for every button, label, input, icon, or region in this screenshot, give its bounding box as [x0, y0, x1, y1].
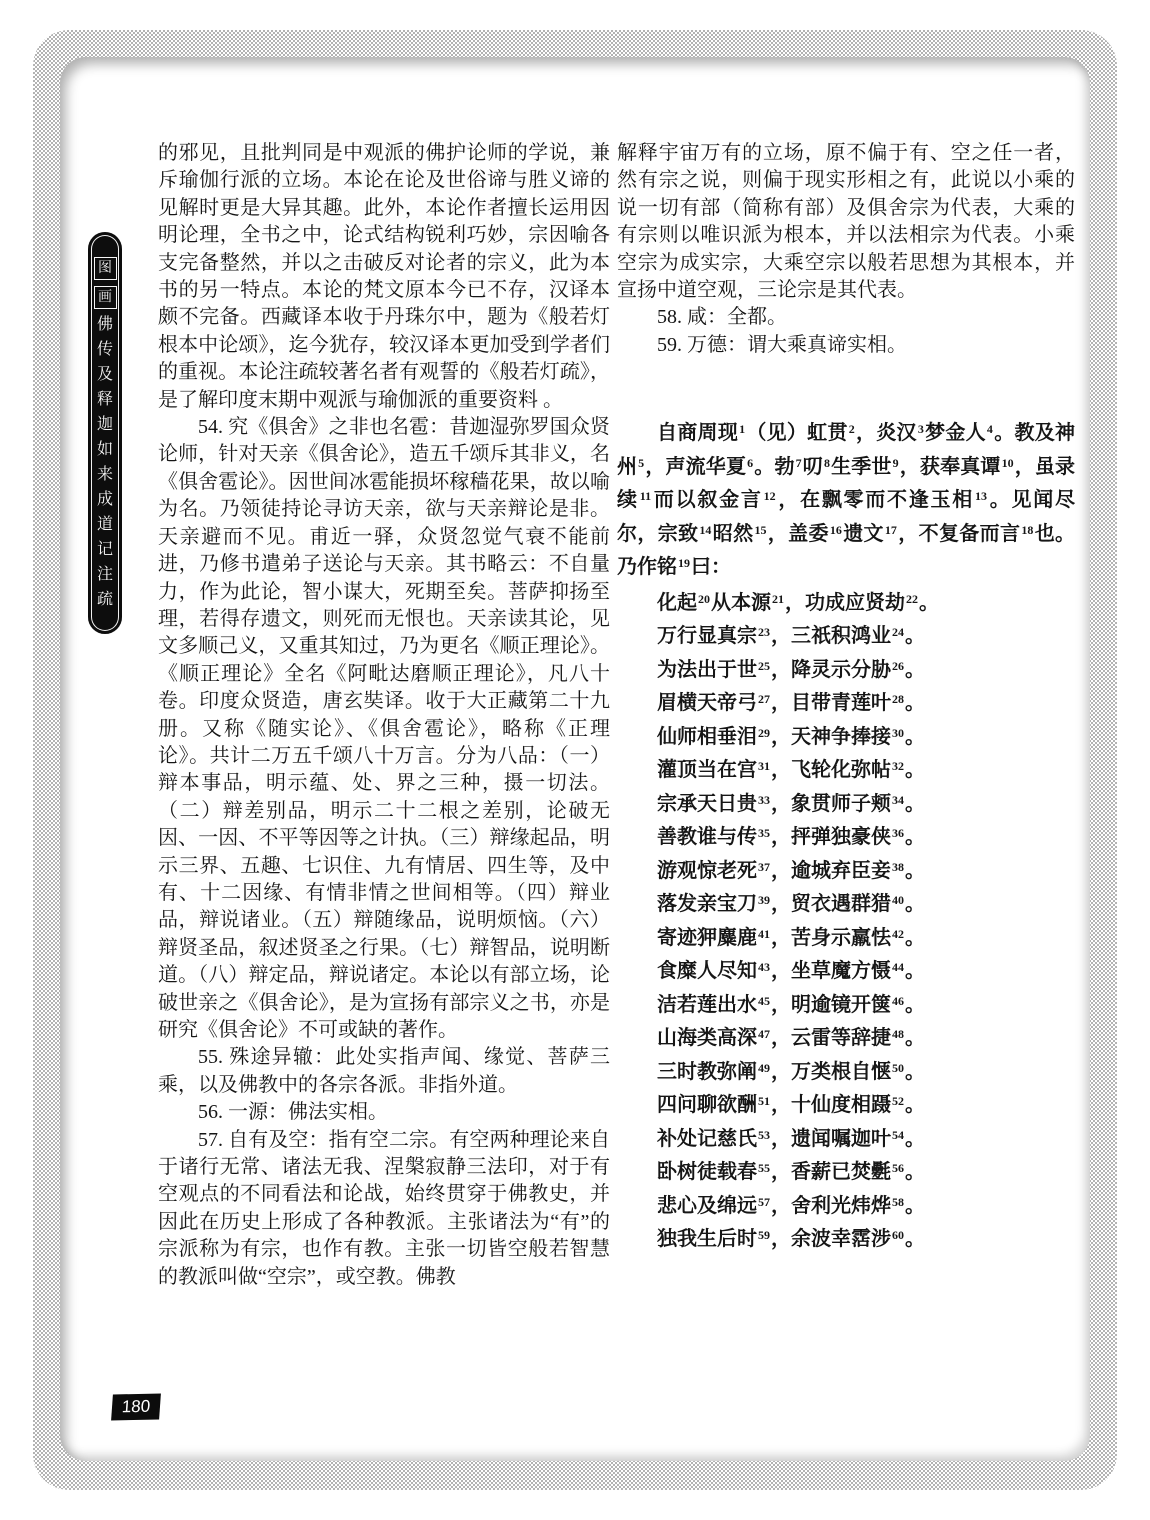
footnote-reference: 49	[757, 1061, 771, 1075]
verse-line: 眉横天帝弓27，目带青莲叶28。	[617, 687, 1075, 721]
footnote-reference: 17	[884, 523, 898, 537]
footnote-reference: 30	[891, 726, 905, 740]
paragraph: 自商周现1（见）虹贯2，炎汉3梦金人4。教及神州5，声流华夏6。勃7叨8生季世9…	[617, 417, 1075, 585]
footnote-reference: 36	[891, 826, 905, 840]
verse-line: 为法出于世25，降灵示分胁26。	[617, 654, 1075, 688]
spine-character: 疏	[97, 587, 113, 612]
footnote-reference: 20	[697, 592, 711, 606]
verse-line: 独我生后时59，余波幸霑涉60。	[617, 1223, 1075, 1257]
footnote-reference: 37	[757, 860, 771, 874]
verse-line: 寄迹狎麋鹿41，苦身示羸怯42。	[617, 922, 1075, 956]
page-surface: 图画佛传及释迦如来成道记注疏 的邪见，且批判同是中观派的佛护论师的学说，兼斥瑜伽…	[60, 57, 1090, 1461]
verse-line: 仙师相垂泪29，天神争捧接30。	[617, 721, 1075, 755]
verse-line: 卧树徒载春55，香薪已焚氎56。	[617, 1156, 1075, 1190]
footnote-reference: 56	[891, 1161, 905, 1175]
spine-character: 注	[97, 562, 113, 587]
footnote-reference: 15	[753, 523, 767, 537]
footnote-reference: 40	[891, 893, 905, 907]
footnote-reference: 3	[917, 422, 925, 436]
footnote-reference: 54	[891, 1128, 905, 1142]
page-number: 180	[121, 1397, 151, 1418]
verse-line: 山海类高深47，云雷等辞捷48。	[617, 1022, 1075, 1056]
spine-character: 来	[97, 462, 113, 487]
footnote-reference: 28	[891, 692, 905, 706]
verse-block: 化起20从本源21，功成应贤劫22。万行显真宗23，三祇积鸿业24。为法出于世2…	[617, 587, 1075, 1257]
verse-line: 游观惊老死37，逾城弃臣妾38。	[617, 855, 1075, 889]
footnote-reference: 58	[891, 1195, 905, 1209]
spine-character: 及	[97, 362, 113, 387]
footnote-reference: 32	[891, 759, 905, 773]
footnote-reference: 57	[757, 1195, 771, 1209]
footnote-reference: 18	[1020, 523, 1034, 537]
footnote-reference: 7	[795, 456, 803, 470]
spine-boxed-character: 画	[94, 286, 117, 309]
footnote-reference: 50	[891, 1061, 905, 1075]
spine-character: 传	[97, 337, 113, 362]
footnote-reference: 31	[757, 759, 771, 773]
spine-character: 如	[97, 437, 113, 462]
footnote-reference: 35	[757, 826, 771, 840]
footnote-reference: 19	[677, 556, 691, 570]
spine-character: 画	[98, 291, 112, 305]
paragraph: 的邪见，且批判同是中观派的佛护论师的学说，兼斥瑜伽行派的立场。本论在论及世俗谛与…	[158, 140, 610, 414]
footnote-reference: 34	[891, 793, 905, 807]
paragraph: 54. 究《俱舍》之非也名雹：昔迦湿弥罗国众贤论师，针对天亲《俱舍论》，造五千颂…	[158, 414, 610, 1044]
spine-character: 迦	[97, 412, 113, 437]
footnote-reference: 5	[637, 456, 645, 470]
footnote-reference: 13	[974, 489, 988, 503]
verse-line: 善教谁与传35，抨弹独豪侠36。	[617, 821, 1075, 855]
footnote-reference: 14	[698, 523, 712, 537]
verse-line: 洁若莲出水45，明逾镜开箧46。	[617, 989, 1075, 1023]
footnote-reference: 21	[771, 592, 785, 606]
footnote-reference: 1	[738, 422, 746, 436]
footnote-reference: 6	[746, 456, 754, 470]
paragraph: 56. 一源：佛法实相。	[158, 1099, 610, 1126]
paragraph: 55. 殊途异辙：此处实指声闻、缘觉、菩萨三乘，以及佛教中的各宗各派。非指外道。	[158, 1044, 610, 1099]
footnote-reference: 48	[891, 1027, 905, 1041]
footnote-reference: 24	[891, 625, 905, 639]
verse-line: 灌顶当在宫31，飞轮化弥帖32。	[617, 754, 1075, 788]
footnote-reference: 47	[757, 1027, 771, 1041]
footnote-reference: 51	[757, 1094, 771, 1108]
page-number-badge: 180	[111, 1393, 161, 1420]
paragraph: 58. 咸：全都。	[617, 304, 1075, 331]
footnote-reference: 52	[891, 1094, 905, 1108]
paragraph: 59. 万德：谓大乘真谛实相。	[617, 332, 1075, 359]
verse-line: 食糜人尽知43，坐草魔方慑44。	[617, 955, 1075, 989]
spine-character: 图	[98, 262, 112, 276]
footnote-reference: 4	[986, 422, 994, 436]
left-text-column: 的邪见，且批判同是中观派的佛护论师的学说，兼斥瑜伽行派的立场。本论在论及世俗谛与…	[158, 140, 610, 1291]
verse-line: 悲心及绵远57，舍利光炜烨58。	[617, 1190, 1075, 1224]
verse-line: 补处记慈氏53，遗闻嘱迦叶54。	[617, 1123, 1075, 1157]
footnote-reference: 29	[757, 726, 771, 740]
footnote-reference: 16	[829, 523, 843, 537]
paragraph: 解释宇宙万有的立场，原不偏于有、空之任一者，然有宗之说，则偏于现实形相之有，此说…	[617, 140, 1075, 304]
footnote-reference: 27	[757, 692, 771, 706]
spine-title-banner: 图画佛传及释迦如来成道记注疏	[88, 232, 122, 634]
footnote-reference: 46	[891, 994, 905, 1008]
footnote-reference: 22	[905, 592, 919, 606]
footnote-reference: 26	[891, 659, 905, 673]
footnote-reference: 33	[757, 793, 771, 807]
footnote-reference: 43	[757, 960, 771, 974]
verse-line: 落发亲宝刀39，贸衣遇群猎40。	[617, 888, 1075, 922]
verse-line: 化起20从本源21，功成应贤劫22。	[617, 587, 1075, 621]
footnote-reference: 53	[757, 1128, 771, 1142]
spine-boxed-character: 图	[94, 257, 117, 280]
right-text-column: 解释宇宙万有的立场，原不偏于有、空之任一者，然有宗之说，则偏于现实形相之有，此说…	[617, 140, 1075, 1257]
verse-line: 四问聊欲酬51，十仙度相蹑52。	[617, 1089, 1075, 1123]
spine-character: 成	[97, 487, 113, 512]
footnote-reference: 41	[757, 927, 771, 941]
paragraph: 57. 自有及空：指有空二宗。有空两种理论来自于诸行无常、诸法无我、涅槃寂静三法…	[158, 1127, 610, 1291]
footnote-reference: 9	[892, 456, 900, 470]
footnote-reference: 23	[757, 625, 771, 639]
footnote-reference: 45	[757, 994, 771, 1008]
footnote-reference: 38	[891, 860, 905, 874]
spine-character: 记	[97, 537, 113, 562]
spine-character: 释	[97, 387, 113, 412]
footnote-reference: 25	[757, 659, 771, 673]
footnote-reference: 59	[757, 1228, 771, 1242]
verse-line: 万行显真宗23，三祇积鸿业24。	[617, 620, 1075, 654]
footnote-reference: 10	[1001, 456, 1015, 470]
footnote-reference: 8	[823, 456, 831, 470]
footnote-reference: 44	[891, 960, 905, 974]
footnote-reference: 55	[757, 1161, 771, 1175]
footnote-reference: 60	[891, 1228, 905, 1242]
verse-line: 宗承天日贵33，象贯师子颊34。	[617, 788, 1075, 822]
footnote-reference: 39	[757, 893, 771, 907]
footnote-reference: 12	[763, 489, 777, 503]
verse-line: 三时教弥阐49，万类根自惬50。	[617, 1056, 1075, 1090]
spine-character: 佛	[97, 312, 113, 337]
footnote-reference: 42	[891, 927, 905, 941]
spine-character: 道	[97, 512, 113, 537]
footnote-reference: 11	[639, 489, 652, 503]
footnote-reference: 2	[848, 422, 856, 436]
scanned-book-page: 图画佛传及释迦如来成道记注疏 的邪见，且批判同是中观派的佛护论师的学说，兼斥瑜伽…	[0, 0, 1150, 1520]
